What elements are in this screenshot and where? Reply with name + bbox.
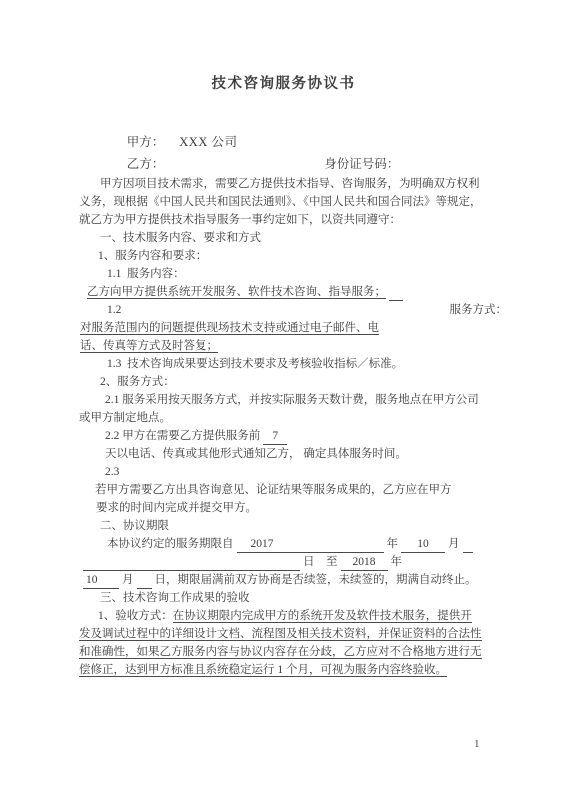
document-line: 要求的时间内完成并提交甲方。 — [79, 499, 507, 517]
text-segment: 1、验收方式： — [98, 610, 173, 622]
underlined-text: 2018 — [341, 555, 388, 571]
document-line: 若甲方需要乙方出具咨询意见、论证结果等服务成果的，乙方应在甲方 — [79, 481, 507, 499]
document-line: 2.2 甲方在需要乙方提供服务前7 — [79, 427, 507, 445]
blank-underline — [137, 573, 152, 589]
underlined-text: 和准确性，如果乙方服务内容与协议内容存在分歧，乙方应对不合格地方进行无 — [79, 646, 482, 659]
document-line: 和准确性，如果乙方服务内容与协议内容存在分歧，乙方应对不合格地方进行无 — [79, 643, 507, 661]
document-line: 发及调试过程中的详细设计文档、流程图及相关技术资料，并保证资料的合法性 — [79, 625, 507, 643]
text-segment: 2.2 甲方在需要乙方提供服务前 — [105, 430, 260, 442]
text-segment: 就乙方为甲方提供技术指导服务一事约定如下，以资共同遵守： — [79, 214, 401, 226]
party-a-value: XXX 公司 — [179, 135, 237, 149]
blank-underline — [389, 285, 403, 301]
party-b-label: 乙方： — [127, 157, 165, 171]
document-line: 甲方因项目技术需求，需要乙方提供技术指导、咨询服务，为明确双方权利 — [79, 175, 507, 193]
document-line: 三、技术咨询工作成果的验收 — [79, 589, 507, 607]
document-line: 乙方向甲方提供系统开发服务、软件技术咨询、指导服务； — [79, 283, 507, 301]
underlined-text: 对服务范围内的问题提供现场技术支持或通过电子邮件、电 — [80, 322, 379, 335]
document-line: 对服务范围内的问题提供现场技术支持或通过电子邮件、电 — [79, 319, 507, 337]
document-line: 10月 日，期限届满前双方协商是否续签，未续签的，期满自动终止。 — [79, 571, 507, 589]
party-a-label: 甲方： — [127, 135, 165, 149]
text-segment: 日，期限届满前双方协商是否续签，未续签的，期满自动终止。 — [155, 574, 477, 586]
document-line: 就乙方为甲方提供技术指导服务一事约定如下，以资共同遵守： — [79, 211, 507, 229]
underlined-text: 10 — [83, 573, 119, 589]
blank-underline — [83, 555, 300, 571]
underlined-text: 2017 — [237, 537, 384, 553]
text-segment: 服务方式： — [450, 301, 508, 319]
text-segment: 要求的时间内完成并提交甲方。 — [96, 502, 257, 514]
document-line: 一、技术服务内容、要求和方式 — [79, 229, 507, 247]
text-segment: 1.3 技术咨询成果要达到技术要求及考核验收指标／标准。 — [107, 358, 403, 370]
text-segment: 2.3 — [105, 466, 119, 478]
page-number: 1 — [474, 738, 480, 750]
text-segment: 1、服务内容和要求： — [98, 250, 207, 262]
document-line: 2、服务方式： — [79, 373, 507, 391]
document-line: 话、传真等方式及时答复； — [79, 337, 507, 355]
text-segment: 2.1 服务采用按天服务方式，并按实际服务天数计费，服务地点在甲方公司 — [105, 394, 479, 406]
underlined-text: 乙方向甲方提供系统开发服务、软件技术咨询、指导服务； — [87, 286, 386, 299]
document-line: 天以电话、传真或其他形式通知乙方， 确定具体服务时间。 — [79, 445, 507, 463]
document-line: 日 至2018年 — [79, 553, 507, 571]
document-line: 1.3 技术咨询成果要达到技术要求及考核验收指标／标准。 — [79, 355, 507, 373]
scanned-document-page: 技术咨询服务协议书 甲方：XXX 公司 乙方：身份证号码： 甲方因项目技术需求，… — [0, 0, 567, 800]
document-line: 义务，现根据《中国人民共和国民法通则》、《中国人民共和国合同法》等规定， — [79, 193, 507, 211]
document-line: 1、服务内容和要求： — [79, 247, 507, 265]
text-segment: 年 — [391, 556, 403, 568]
flex-spacer — [121, 301, 449, 319]
text-segment: 日 至 — [303, 556, 338, 568]
text-segment: 月 — [122, 574, 134, 586]
underlined-text: 10 — [401, 537, 445, 553]
document-title: 技术咨询服务协议书 — [0, 0, 567, 93]
document-line: 偿修正，达到甲方标准且系统稳定运行 1 个月，可视为服务内容终验收。 — [79, 661, 507, 679]
text-segment: 1.1 服务内容： — [107, 268, 185, 280]
underlined-text: 在协议期限内完成甲方的系统开发及软件技术服务，提供开 — [173, 610, 472, 623]
text-segment: 二、协议期限 — [100, 520, 169, 532]
text-segment: 甲方因项目技术需求，需要乙方提供技术指导、咨询服务，为明确双方权利 — [100, 178, 480, 190]
document-body: 甲方因项目技术需求，需要乙方提供技术指导、咨询服务，为明确双方权利义务，现根据《… — [79, 175, 507, 679]
underlined-text: 7 — [263, 429, 287, 445]
text-segment: 月 — [448, 538, 460, 550]
text-segment: 本协议约定的服务期限自 — [107, 538, 234, 550]
party-a-line: 甲方：XXX 公司 — [108, 109, 567, 131]
document-line: 或甲方制定地点。 — [79, 409, 507, 427]
underlined-text: 话、传真等方式及时答复； — [80, 340, 218, 353]
text-segment: 三、技术咨询工作成果的验收 — [100, 592, 250, 604]
parties-block: 甲方：XXX 公司 乙方：身份证号码： — [108, 109, 567, 153]
underlined-text: 偿修正，达到甲方标准且系统稳定运行 1 个月，可视为服务内容终验收。 — [79, 664, 447, 677]
document-line: 二、协议期限 — [79, 517, 507, 535]
id-number-label: 身份证号码： — [324, 157, 399, 171]
blank-underline — [463, 537, 473, 553]
document-line: 1.2服务方式： — [79, 301, 507, 319]
document-line: 2.1 服务采用按天服务方式，并按实际服务天数计费，服务地点在甲方公司 — [79, 391, 507, 409]
text-segment: 一、技术服务内容、要求和方式 — [100, 232, 261, 244]
text-segment: 若甲方需要乙方出具咨询意见、论证结果等服务成果的，乙方应在甲方 — [95, 484, 452, 496]
text-segment: 1.2 — [107, 301, 121, 319]
document-line: 2.3 — [79, 463, 507, 481]
document-line: 1.1 服务内容： — [79, 265, 507, 283]
underlined-text: 发及调试过程中的详细设计文档、流程图及相关技术资料，并保证资料的合法性 — [79, 628, 482, 641]
text-segment: 义务，现根据《中国人民共和国民法通则》、《中国人民共和国合同法》等规定， — [79, 196, 482, 208]
text-segment: 或甲方制定地点。 — [79, 412, 171, 424]
document-line: 1、验收方式：在协议期限内完成甲方的系统开发及软件技术服务，提供开 — [79, 607, 507, 625]
text-segment: 2、服务方式： — [100, 376, 175, 388]
text-segment: 天以电话、传真或其他形式通知乙方， 确定具体服务时间。 — [105, 448, 407, 460]
text-segment: 年 — [387, 538, 399, 550]
document-line: 本协议约定的服务期限自2017年10月 — [79, 535, 507, 553]
